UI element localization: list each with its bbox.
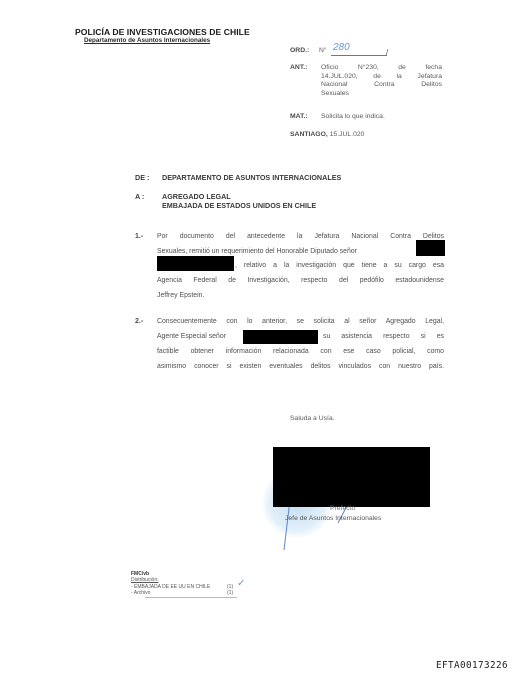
paragraph-2-number: 2.- [135,318,143,325]
ord-underline [331,55,387,56]
mat-text: Solicita lo que indica. [321,113,385,120]
ant-line: Nacional Contra Delitos [321,81,442,90]
bates-number: EFTA00173226 [436,660,508,671]
paragraph-2-line: Consecuentemente con lo anterior, se sol… [157,318,444,325]
distribution-underline [145,597,237,598]
ord-prefix: N° [319,47,327,54]
paragraph-2-line: su asistencia respecto si es [323,333,444,340]
de-label: DE : [135,173,149,182]
distribution-label: Distribución: [131,577,159,583]
paragraph-1-line: Por documento del antecedente la Jefatur… [157,233,444,240]
ant-line: Sexuales [321,90,442,99]
a-line2: EMBAJADA DE ESTADOS UNIDOS EN CHILE [162,201,316,210]
a-line1: AGREGADO LEGAL [162,192,231,201]
paragraph-2-line: factible obtener información relacionada… [157,348,444,355]
ant-line: 14.JUL.020, de la Jefatura [321,73,442,82]
ant-label: ANT.: [290,64,307,71]
a-label: A : [135,192,144,201]
signer-rank: Prefecto [330,505,355,512]
place: SANTIAGO, [290,131,328,138]
place-date: SANTIAGO, 15.JUL.020 [290,131,364,138]
ord-number-handwritten: 280 [333,42,350,53]
redaction-box [243,330,318,344]
department-subtitle: Departamento de Asuntos Internacionales [84,37,210,44]
redaction-box [157,256,234,271]
paragraph-2-line: asimismo conocer si existen eventuales d… [157,363,444,370]
ord-label: ORD.: [290,47,309,54]
paragraph-1-line: Agencia Federal de Investigación, respec… [157,277,444,284]
salutation: Saluda a Usía. [290,415,335,422]
distribution-item: - Archivo [131,590,150,596]
ant-line: Oficio N°230, de fecha [321,64,442,73]
paragraph-1-line: Sexuales, remitió un requerimiento del H… [157,248,413,255]
de-text: DEPARTAMENTO DE ASUNTOS INTERNACIONALES [162,173,341,182]
redaction-box [416,240,445,256]
signer-title: Jefe de Asuntos Internacionales [285,515,381,522]
paragraph-2-line: Agente Especial señor [157,333,247,340]
date: 15.JUL.020 [330,131,365,138]
redaction-box [273,447,430,507]
mat-label: MAT.: [290,113,308,120]
ord-trailing-mark: / [386,48,388,57]
paragraph-1-number: 1.- [135,233,143,240]
distribution-count: (1) [227,590,233,596]
ant-text: Oficio N°230, de fecha 14.JUL.020, de la… [321,64,442,98]
paragraph-1-line: , relativo a la investigación que tiene … [235,262,444,269]
paragraph-1-line: Jeffrey Epstein. [157,292,444,299]
agency-title: POLICÍA DE INVESTIGACIONES DE CHILE [75,27,250,37]
checkmark-icon: ✓ [237,578,245,589]
